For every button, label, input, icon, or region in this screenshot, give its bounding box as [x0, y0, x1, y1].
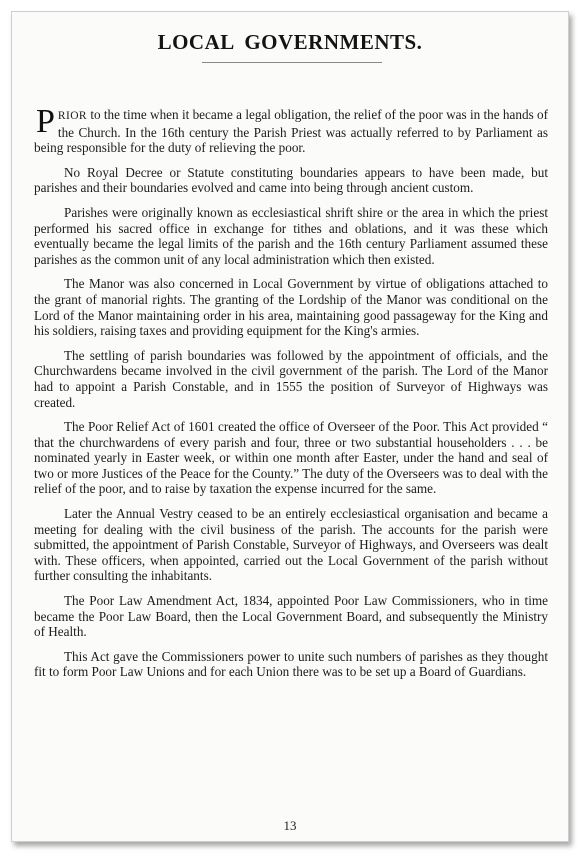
- paragraph: The Poor Relief Act of 1601 created the …: [34, 419, 548, 497]
- title-rule-divider: [202, 62, 382, 63]
- intro-text: to the time when it became a legal oblig…: [34, 107, 548, 155]
- paragraph: This Act gave the Commissioners power to…: [34, 649, 548, 680]
- drop-cap: P: [36, 108, 55, 136]
- intro-small-caps: RIOR: [58, 110, 87, 122]
- paragraph-intro: PRIOR to the time when it became a legal…: [34, 107, 548, 156]
- body-text: PRIOR to the time when it became a legal…: [34, 107, 548, 689]
- paragraph: The Poor Law Amendment Act, 1834, appoin…: [34, 593, 548, 640]
- paragraph: The Manor was also concerned in Local Go…: [34, 276, 548, 338]
- page-title: LOCAL GOVERNMENTS.: [12, 30, 568, 55]
- paragraph: Parishes were originally known as eccles…: [34, 205, 548, 267]
- paragraph: No Royal Decree or Statute constituting …: [34, 165, 548, 196]
- scanned-page: LOCAL GOVERNMENTS. PRIOR to the time whe…: [11, 11, 569, 842]
- page-number: 13: [12, 818, 568, 834]
- paragraph: Later the Annual Vestry ceased to be an …: [34, 506, 548, 584]
- paragraph: The settling of parish boundaries was fo…: [34, 348, 548, 410]
